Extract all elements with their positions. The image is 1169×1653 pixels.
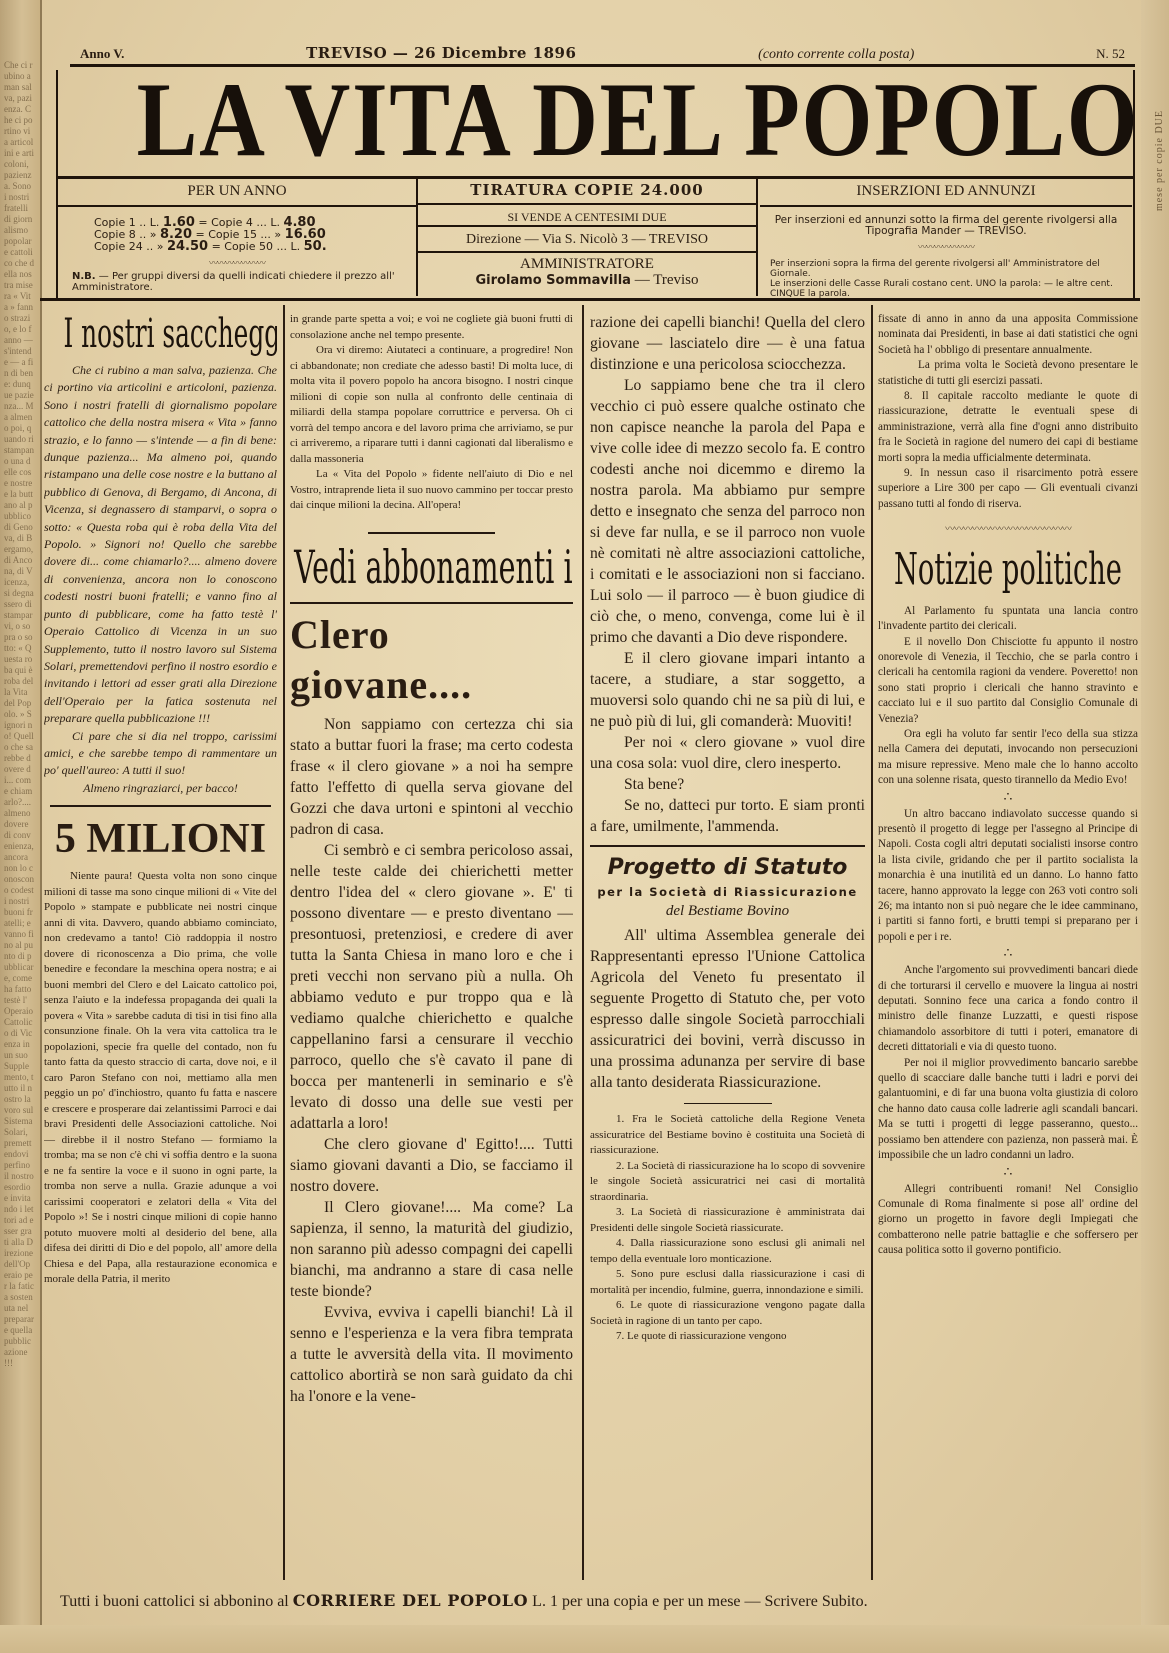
- article-paragraph: razione dei capelli bianchi! Quella del …: [590, 312, 865, 375]
- nb-note: N.B. — Per gruppi diversi da quelli indi…: [58, 271, 416, 293]
- statute-article: 1. Fra le Società cattoliche della Regio…: [590, 1112, 865, 1159]
- price-row: Copie 24 .. » 24.50 = Copie 50 ... L. 50…: [94, 241, 416, 253]
- insertions-title: INSERZIONI ED ANNUNZI: [760, 178, 1132, 207]
- section-separator: ∴: [878, 1166, 1138, 1180]
- binding-bleed-text: Che ci rubino a man salva, pazienza. Che…: [4, 60, 34, 1580]
- circulation: TIRATURA COPIE 24.000: [418, 178, 756, 205]
- article-paragraph: E il clero giovane impari intanto a tace…: [590, 648, 865, 732]
- statute-article: 2. La Società di riassicurazione ha lo s…: [590, 1159, 865, 1206]
- article-title: I nostri saccheggiatori: [63, 312, 257, 358]
- article-paragraph: Anche l'argomento sui provvedimenti banc…: [878, 963, 1138, 1055]
- article-paragraph: Ora egli ha voluto far sentir l'eco dell…: [878, 727, 1138, 789]
- column-divider: [582, 305, 584, 1580]
- publication-info-box: TIRATURA COPIE 24.000 SI VENDE A CENTESI…: [418, 178, 758, 296]
- divider: [368, 532, 495, 534]
- article-paragraph: Che ci rubino a man salva, pazienza. Che…: [44, 362, 277, 728]
- subscriptions-notice: Vedi abbonamenti in 3. pagina: [294, 540, 569, 594]
- divider: [684, 1103, 772, 1104]
- column-divider: [871, 305, 873, 1580]
- article-paragraph: Un altro baccano indiavolato successe qu…: [878, 807, 1138, 946]
- footer-advert: Tutti i buoni cattolici si abbonino al C…: [60, 1591, 1140, 1611]
- wavy-divider: 〰〰〰〰〰〰〰: [58, 256, 416, 269]
- price-table: Copie 1 .. L. 1.60 = Copie 4 ... L. 4.80…: [58, 207, 416, 253]
- statute-article: 5. Sono pure esclusi dalla riassicurazio…: [590, 1267, 865, 1298]
- article-title: Notizie politiche: [890, 542, 1126, 598]
- spine-text: mese per copie DUE: [1154, 110, 1165, 211]
- subscription-title: PER UN ANNO: [58, 178, 416, 207]
- dateline: TREVISO — 26 Dicembre 1896: [306, 44, 576, 62]
- article-paragraph: Sta bene?: [590, 774, 865, 795]
- right-page-edge: mese per copie DUE: [1141, 0, 1169, 1653]
- statute-article: 4. Dalla riassicurazione sono esclusi gl…: [590, 1236, 865, 1267]
- article-paragraph: Se no, datteci pur torto. E siam pronti …: [590, 795, 865, 837]
- article-paragraph: Non sappiamo con certezza chi sia stato …: [290, 714, 573, 840]
- issue-number: N. 52: [1096, 46, 1125, 62]
- article-paragraph: Allegri contribuenti romani! Nel Consigl…: [878, 1182, 1138, 1259]
- insertions-text: Per inserzioni ed annunzi sotto la firma…: [760, 207, 1132, 237]
- statute-article: 6. Le quote di riassicurazione vengono p…: [590, 1298, 865, 1329]
- article-paragraph: All' ultima Assemblea generale dei Rappr…: [590, 925, 865, 1093]
- statute-article: 7. Le quote di riassicurazione vengono: [590, 1329, 865, 1345]
- section-separator: ∴: [878, 947, 1138, 961]
- price-notice: SI VENDE A CENTESIMI DUE: [418, 205, 756, 227]
- article-title: 5 MILIONI: [44, 813, 277, 865]
- article-paragraph: E il novello Don Chisciotte fu appunto i…: [878, 635, 1138, 727]
- column-1: I nostri saccheggiatori Che ci rubino a …: [44, 312, 277, 1557]
- article-paragraph: fissate di anno in anno da una apposita …: [878, 312, 1138, 358]
- newspaper-page: Che ci rubino a man salva, pazienza. Che…: [0, 0, 1169, 1653]
- column-4: fissate di anno in anno da una apposita …: [878, 312, 1138, 1567]
- article-paragraph: Per noi il miglior provvedimento bancari…: [878, 1056, 1138, 1164]
- binding-strip: Che ci rubino a man salva, pazienza. Che…: [0, 0, 42, 1653]
- article-paragraph: Al Parlamento fu spuntata una lancia con…: [878, 604, 1138, 635]
- administrator-name: Girolamo Sommavilla: [475, 273, 630, 288]
- editorial-address: Direzione — Via S. Nicolò 3 — TREVISO: [418, 227, 756, 253]
- newspaper-title: LA VITA DEL POPOLO: [137, 64, 1140, 176]
- insertions-note: Per inserzioni sopra la firma del gerent…: [760, 255, 1132, 279]
- article-paragraph: Per noi « clero giovane » vuol dire una …: [590, 732, 865, 774]
- article-paragraph: Lo sappiamo bene che tra il clero vecchi…: [590, 375, 865, 648]
- article-paragraph: La « Vita del Popolo » fidente nell'aiut…: [290, 467, 573, 514]
- article-paragraph: Ora vi diremo: Aiutateci a continuare, a…: [290, 343, 573, 467]
- page-bottom-edge: [0, 1625, 1169, 1653]
- insertions-rates: Le inserzioni delle Casse Rurali costano…: [760, 279, 1132, 299]
- insertions-box: INSERZIONI ED ANNUNZI Per inserzioni ed …: [760, 178, 1132, 296]
- administrator: AMMINISTRATORE Girolamo Sommavilla — Tre…: [418, 253, 756, 289]
- subscription-box: PER UN ANNO Copie 1 .. L. 1.60 = Copie 4…: [58, 178, 418, 296]
- statute-article: 3. La Società di riassicurazione è ammin…: [590, 1205, 865, 1236]
- article-paragraph: Il Clero giovane!.... Ma come? La sapien…: [290, 1197, 573, 1302]
- article-subtitle: per la Società di Riassicurazione: [590, 883, 865, 901]
- divider: [590, 845, 865, 847]
- article-title: Progetto di Statuto: [590, 853, 865, 883]
- divider: [50, 805, 271, 807]
- article-paragraph: in grande parte spetta a voi; e voi ne c…: [290, 312, 573, 343]
- masthead: LA VITA DEL POPOLO: [55, 64, 1135, 176]
- column-divider: [283, 305, 285, 1580]
- article-paragraph: La prima volta le Società devono present…: [878, 358, 1138, 389]
- article-subtitle: del Bestiame Bovino: [590, 901, 865, 921]
- header-bottom-rule: [40, 298, 1140, 301]
- section-separator: ∴: [878, 791, 1138, 805]
- column-3: razione dei capelli bianchi! Quella del …: [590, 312, 865, 1574]
- article-paragraph: Almeno ringraziarci, per bacco!: [44, 780, 277, 797]
- article-paragraph: 8. Il capitale raccolto mediante le quot…: [878, 389, 1138, 466]
- article-paragraph: Ci sembrò e ci sembra pericoloso assai, …: [290, 840, 573, 1134]
- article-paragraph: 9. In nessun caso il risarcimento potrà …: [878, 466, 1138, 512]
- article-title: Clero giovane....: [290, 610, 573, 710]
- article-paragraph: Ci pare che si dia nel troppo, carissimi…: [44, 728, 277, 780]
- column-2: in grande parte spetta a voi; e voi ne c…: [290, 312, 573, 1572]
- article-paragraph: Evviva, evviva i capelli bianchi! Là il …: [290, 1302, 573, 1407]
- article-paragraph: Che clero giovane d' Egitto!.... Tutti s…: [290, 1134, 573, 1197]
- advertised-paper: CORRIERE DEL POPOLO: [293, 1591, 528, 1610]
- wavy-divider: 〰〰〰〰〰〰〰: [760, 240, 1132, 253]
- divider: [290, 602, 573, 604]
- article-paragraph: Niente paura! Questa volta non sono cinq…: [44, 869, 277, 1288]
- wavy-divider: 〰〰〰〰〰〰〰〰〰〰〰〰〰〰: [878, 522, 1138, 537]
- issue-year: Anno V.: [80, 46, 124, 62]
